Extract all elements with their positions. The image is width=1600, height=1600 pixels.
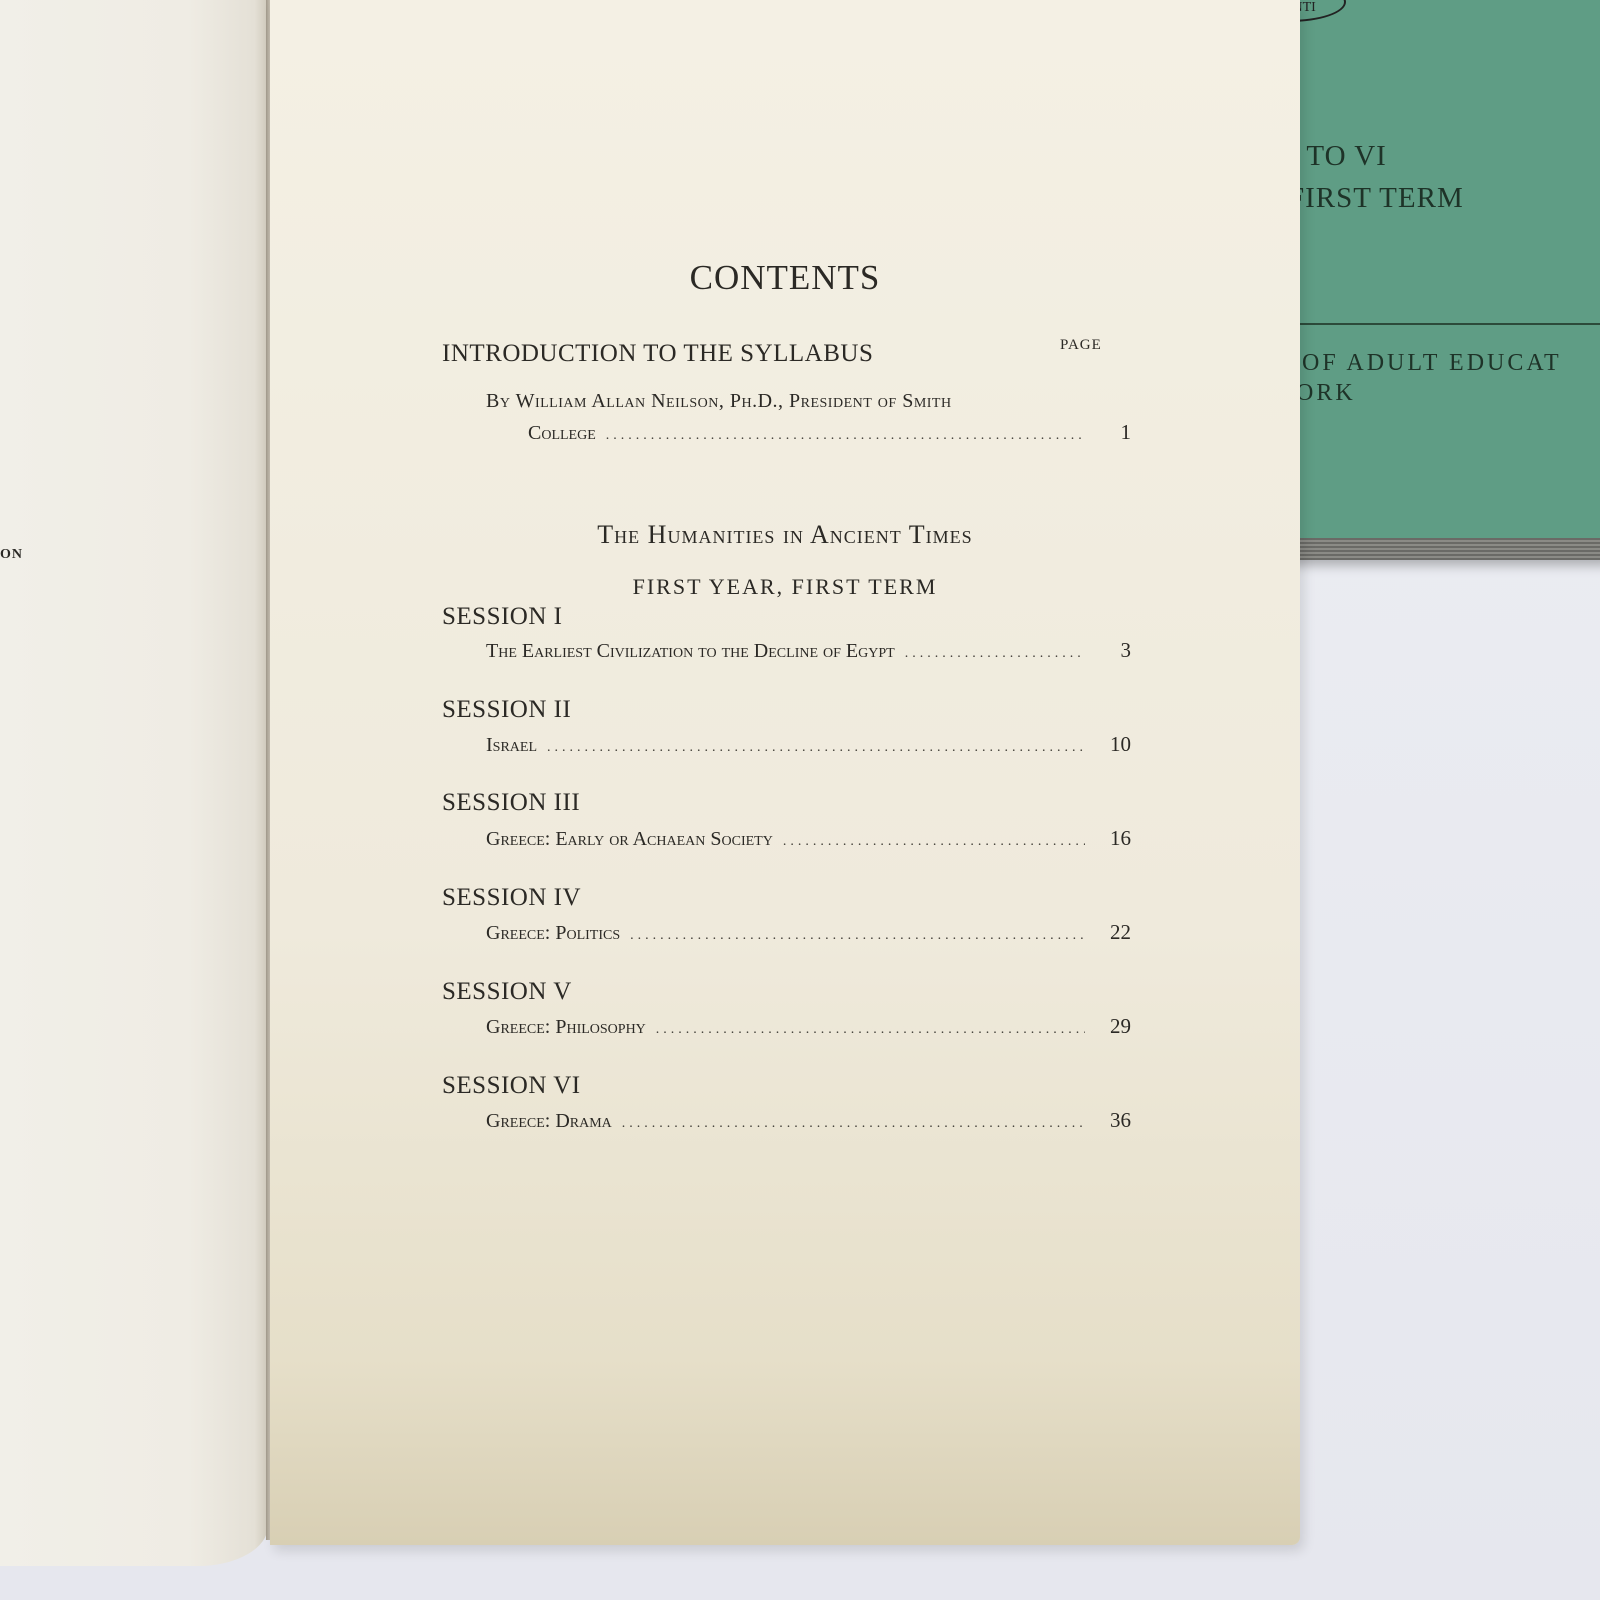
leader-dots (656, 1022, 1085, 1038)
term-subtitle: FIRST YEAR, FIRST TERM (270, 574, 1300, 600)
toc-entry-label: Greece: Philosophy (486, 1016, 646, 1039)
session-heading-5: SESSION V (442, 978, 572, 1006)
toc-page-number: 3 (1095, 638, 1131, 663)
toc-page-number: 10 (1095, 732, 1131, 757)
toc-entry-label: Greece: Early or Achaean Society (486, 828, 773, 851)
toc-entry-session-4[interactable]: Greece: Politics 22 (486, 920, 1131, 945)
toc-entry-session-1[interactable]: The Earliest Civilization to the Decline… (486, 638, 1131, 663)
cover-line-2: FIRST TERM (1288, 182, 1464, 215)
cover-footer-line-2: ORK (1296, 380, 1356, 407)
toc-entry-label: Greece: Politics (486, 922, 620, 945)
toc-page-number: 16 (1095, 826, 1131, 851)
page-title: CONTENTS (270, 258, 1300, 298)
cover-line-1: I TO VI (1288, 140, 1387, 173)
toc-page-number: 22 (1095, 920, 1131, 945)
session-heading-1: SESSION I (442, 603, 563, 631)
toc-entry-session-6[interactable]: Greece: Drama 36 (486, 1108, 1131, 1133)
left-page-text-fragment: ON (0, 547, 23, 563)
toc-entry-label: Israel (486, 734, 537, 757)
page-column-label: PAGE (1060, 337, 1102, 354)
session-heading-2: SESSION II (442, 696, 571, 724)
leader-dots (630, 928, 1085, 944)
session-heading-4: SESSION IV (442, 884, 581, 912)
toc-page-number: 36 (1095, 1108, 1131, 1133)
introduction-heading: INTRODUCTION TO THE SYLLABUS (442, 340, 873, 368)
toc-entry-session-5[interactable]: Greece: Philosophy 29 (486, 1014, 1131, 1039)
leader-dots (547, 740, 1085, 756)
toc-page-number: 1 (1095, 420, 1131, 445)
leader-dots (783, 834, 1085, 850)
toc-entry-label: College (528, 422, 596, 445)
session-heading-3: SESSION III (442, 789, 580, 817)
leader-dots (905, 646, 1085, 662)
leader-dots (622, 1116, 1085, 1132)
session-heading-6: SESSION VI (442, 1072, 581, 1100)
leader-dots (606, 428, 1085, 444)
toc-entry-label: The Earliest Civilization to the Decline… (486, 640, 895, 663)
toc-page-number: 29 (1095, 1014, 1131, 1039)
toc-entry-session-3[interactable]: Greece: Early or Achaean Society 16 (486, 826, 1131, 851)
section-title: The Humanities in Ancient Times (270, 520, 1300, 550)
contents-page: CONTENTS (270, 0, 1300, 1545)
toc-entry-session-2[interactable]: Israel 10 (486, 732, 1131, 757)
toc-entry-label: Greece: Drama (486, 1110, 612, 1133)
left-page: ON (0, 0, 268, 1566)
toc-entry-introduction[interactable]: College 1 (528, 420, 1131, 445)
cover-footer-line-1: OF ADULT EDUCAT (1302, 350, 1562, 377)
introduction-byline: By William Allan Neilson, Ph.D., Preside… (486, 390, 952, 413)
